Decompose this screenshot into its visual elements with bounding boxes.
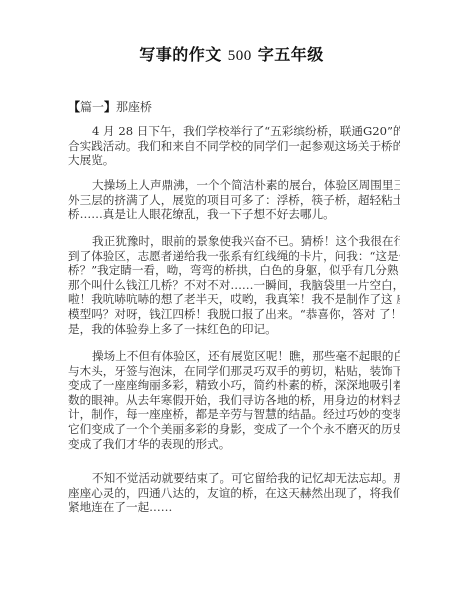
paragraph: 4 月 28 日下午，我们学校举行了“五彩缤纷桥，联通G20”的综合实践活动。我… (68, 124, 400, 168)
paragraph-line: 大展览。 (68, 153, 400, 168)
paragraph-line: 模型吗？对呀，钱江四桥！我脱口报了出来。“恭喜你，答对 了！”于 (68, 307, 400, 322)
bracket-open: 【 (68, 100, 80, 114)
paragraph-line: 紧地连在了一起…… (68, 500, 400, 515)
paragraph: 大操场上人声鼎沸，一个个简洁朴素的展台，体验区周围里三层外三层的挤满了人，展览的… (68, 178, 400, 222)
paragraph-line: 变成了我们才华的表现的形式。 (68, 437, 400, 452)
paragraph-line: 到了体验区，志愿者递给我一张系有红线绳的卡片，问我：“这是什 么 (68, 249, 400, 264)
paragraph-line: 4 月 28 日下午，我们学校举行了“五彩缤纷桥，联通G20”的综 (68, 124, 400, 139)
section-title: 那座桥 (116, 100, 152, 114)
paragraph-line: 外三层的挤满了人，展览的项目可多了：浮桥，筷子桥，超轻粘土 (68, 193, 400, 208)
title-suffix: 字五年级 (258, 45, 324, 64)
paragraph-line: 它们变成了一个个美丽多彩的身影，变成了一个个永不磨灭的历史， (68, 422, 400, 437)
paragraph-line: 座座心灵的，四通八达的，友谊的桥，在这天赫然出现了，将我们紧 (68, 486, 400, 501)
paragraph: 我正犹豫时，眼前的景象使我兴奋不已。猜桥！这个我很在行！到了体验区，志愿者递给我… (68, 234, 400, 336)
paragraph-line: 合实践活动。我们和来自不同学校的同学们一起参观这场关于桥的盛 (68, 139, 400, 154)
section-heading: 【篇一】那座桥 (68, 98, 152, 115)
paragraph-line: 大操场上人声鼎沸，一个个简洁朴素的展台，体验区周围里三层 (68, 178, 400, 193)
title-prefix: 写事的作文 (139, 45, 222, 64)
paragraph: 操场上不但有体验区，还有展览区呢！瞧，那些毫不起眼的白纸与木头，牙签与泡沫，在同… (68, 349, 400, 451)
paragraph-line: 变成了一座座绚丽多彩，精致小巧，简约朴素的桥，深深地吸引着无 (68, 378, 400, 393)
paragraph-line: 啦！我吭哧吭哧的想了老半天，哎哟，我真笨！我不是制作了这 座桥的 (68, 292, 400, 307)
paragraph-line: 不知不觉活动就要结束了。可它留给我的记忆却无法忘却。那一 (68, 471, 400, 486)
paragraph-line: 我正犹豫时，眼前的景象使我兴奋不已。猜桥！这个我很在行！ (68, 234, 400, 249)
paragraph-line: 那个叫什么钱江几桥？不对不对……一瞬间，我脑袋里一片空白， 短路 (68, 278, 400, 293)
paragraph-line: 是，我的体验券上多了一抹红色的印记。 (68, 322, 400, 337)
paragraph-line: 操场上不但有体验区，还有展览区呢！瞧，那些毫不起眼的白纸 (68, 349, 400, 364)
paragraph-line: 与木头，牙签与泡沫，在同学们那灵巧双手的剪切，粘贴，装饰下， (68, 364, 400, 379)
title-number: 500 (228, 48, 252, 64)
paragraph-line: 桥？”我定睛一看，呦，弯弯的桥拱，白色的身躯，似乎有几分熟 悉。 (68, 263, 400, 278)
bracket-close: 】 (104, 100, 116, 114)
page-title: 写事的作文500字五年级 (0, 42, 463, 65)
paragraph-line: 桥……真是让人眼花缭乱，我一下子想不好去哪儿。 (68, 207, 400, 222)
paragraph-line: 计，制作，每一座座桥，都是辛劳与智慧的结晶。经过巧妙的变装， (68, 407, 400, 422)
paragraph-line: 数的眼神。从去年寒假开始，我们寻访各地的桥，用身边的材料去设 (68, 393, 400, 408)
paragraph: 不知不觉活动就要结束了。可它留给我的记忆却无法忘却。那一座座心灵的，四通八达的，… (68, 471, 400, 515)
section-label: 篇一 (80, 100, 104, 114)
